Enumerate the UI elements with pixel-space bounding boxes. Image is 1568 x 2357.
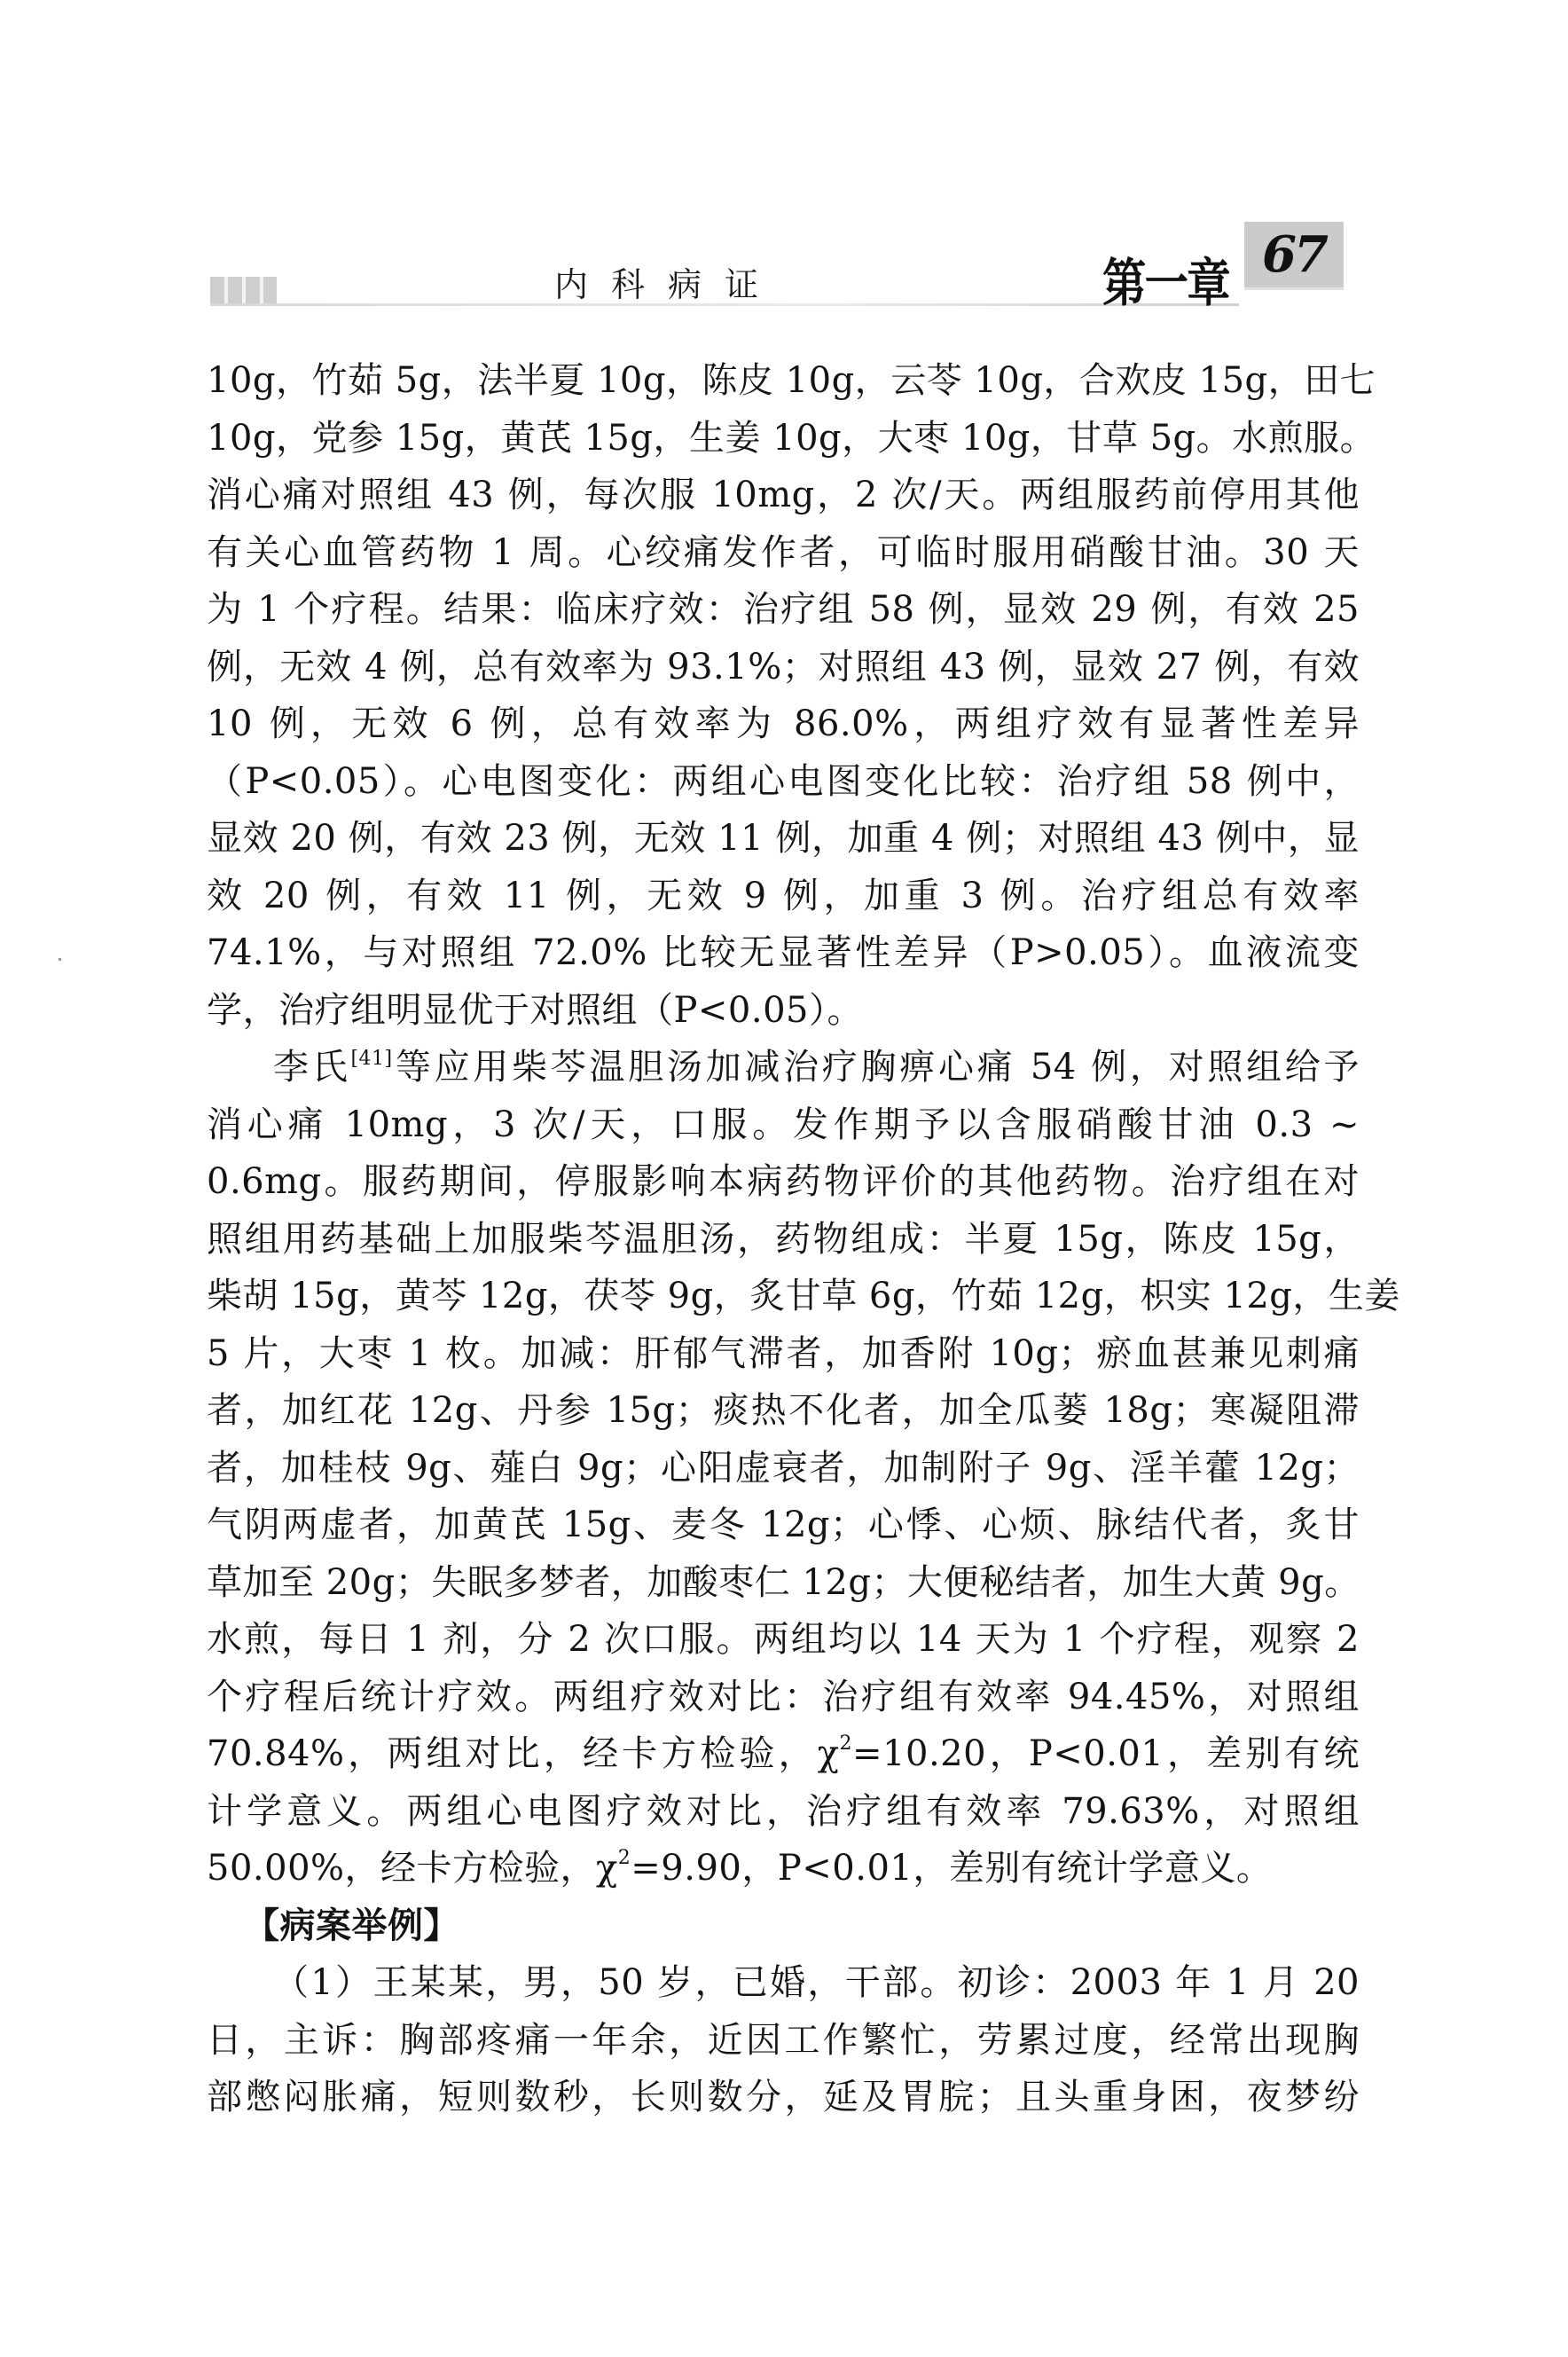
- chi-square-line: 70.84%，两组对比，经卡方检验，χ2=10.20，P<0.01，差别有统: [207, 1725, 1360, 1783]
- chapter-title: 第一章: [1102, 241, 1229, 316]
- text-span: =10.20，P<0.01，差别有统: [852, 1733, 1360, 1774]
- text-line: 气阴两虚者，加黄芪 15g、麦冬 12g；心悸、心烦、脉结代者，炙甘: [207, 1497, 1360, 1554]
- text-line: 10g，党参 15g，黄芪 15g，生姜 10g，大枣 10g，甘草 5g。水煎…: [207, 410, 1360, 467]
- text-line: 日，主诉：胸部疼痛一年余，近因工作繁忙，劳累过度，经常出现胸: [207, 2012, 1360, 2070]
- chi-square-line: 50.00%，经卡方检验，χ2=9.90，P<0.01，差别有统计学意义。: [207, 1840, 1360, 1897]
- text-span: =9.90，P<0.01，差别有统计学意义。: [631, 1848, 1272, 1889]
- text-line: 5 片，大枣 1 枚。加减：肝郁气滞者，加香附 10g；瘀血甚兼见刺痛: [207, 1325, 1360, 1383]
- running-header: 内科病证 第一章 67: [200, 222, 1388, 310]
- text-line: 为 1 个疗程。结果：临床疗效：治疗组 58 例，显效 29 例，有效 25: [207, 581, 1360, 639]
- text-line: 显效 20 例，有效 23 例，无效 11 例，加重 4 例；对照组 43 例中…: [207, 810, 1360, 868]
- text-line: 例，无效 4 例，总有效率为 93.1%；对照组 43 例，显效 27 例，有效: [207, 639, 1360, 696]
- page-number: 67: [1244, 222, 1344, 287]
- text-line: 消心痛对照组 43 例，每次服 10mg，2 次/天。两组服药前停用其他: [207, 467, 1360, 524]
- text-span: 等应用柴芩温胆汤加减治疗胸痹心痛 54 例，对照组给予: [393, 1047, 1360, 1088]
- text-span: 70.84%，两组对比，经卡方检验，: [207, 1733, 818, 1774]
- header-decoration: [210, 277, 277, 303]
- text-line: 消心痛 10mg，3 次/天，口服。发作期予以含服硝酸甘油 0.3 ~: [207, 1096, 1360, 1154]
- paragraph-first-line: 李氏[41]等应用柴芩温胆汤加减治疗胸痹心痛 54 例，对照组给予: [207, 1039, 1360, 1096]
- section-heading: 【病案举例】: [207, 1897, 1360, 1955]
- text-line: 者，加桂枝 9g、薤白 9g；心阳虚衰者，加制附子 9g、淫羊藿 12g；: [207, 1440, 1360, 1497]
- text-line: （P<0.05）。心电图变化：两组心电图变化比较：治疗组 58 例中，: [207, 753, 1360, 811]
- text-line: 74.1%，与对照组 72.0% 比较无显著性差异（P>0.05）。血液流变: [207, 924, 1360, 982]
- text-span: 50.00%，经卡方检验，: [207, 1848, 596, 1889]
- text-line: 0.6mg。服药期间，停服影响本病药物评价的其他药物。治疗组在对: [207, 1153, 1360, 1211]
- text-line: 水煎，每日 1 剂，分 2 次口服。两组均以 14 天为 1 个疗程，观察 2: [207, 1611, 1360, 1669]
- text-line: 照组用药基础上加服柴芩温胆汤，药物组成：半夏 15g，陈皮 15g，: [207, 1211, 1360, 1269]
- citation-ref: [41]: [350, 1048, 392, 1070]
- text-line: 者，加红花 12g、丹参 15g；痰热不化者，加全瓜蒌 18g；寒凝阻滞: [207, 1382, 1360, 1440]
- author-name: 李氏: [273, 1047, 350, 1088]
- text-line: 有关心血管药物 1 周。心绞痛发作者，可临时服用硝酸甘油。30 天: [207, 524, 1360, 582]
- text-line: 个疗程后统计疗效。两组疗效对比：治疗组有效率 94.45%，对照组: [207, 1669, 1360, 1726]
- text-line: 草加至 20g；失眠多梦者，加酸枣仁 12g；大便秘结者，加生大黄 9g。: [207, 1554, 1360, 1612]
- text-line: 部憋闷胀痛，短则数秒，长则数分，延及胃脘；且头重身困，夜梦纷: [207, 2069, 1360, 2126]
- book-page: 内科病证 第一章 67 10g，竹茹 5g，法半夏 10g，陈皮 10g，云苓 …: [0, 0, 1568, 2357]
- chi-symbol: χ: [818, 1733, 840, 1774]
- scan-artifact: [59, 958, 61, 961]
- text-line: 学，治疗组明显优于对照组（P<0.05）。: [207, 982, 1360, 1040]
- paragraph-first-line: （1）王某某，男，50 岁，已婚，干部。初诊：2003 年 1 月 20: [207, 1954, 1360, 2012]
- body-text: 10g，竹茹 5g，法半夏 10g，陈皮 10g，云苓 10g，合欢皮 15g，…: [207, 352, 1360, 2126]
- section-title: 内科病证: [554, 257, 781, 306]
- superscript: 2: [840, 1732, 853, 1755]
- page-number-box: 67: [1244, 222, 1344, 290]
- text-line: 10g，竹茹 5g，法半夏 10g，陈皮 10g，云苓 10g，合欢皮 15g，…: [207, 352, 1360, 410]
- superscript: 2: [618, 1847, 631, 1869]
- text-line: 柴胡 15g，黄芩 12g，茯苓 9g，炙甘草 6g，竹茹 12g，枳实 12g…: [207, 1268, 1360, 1325]
- text-line: 效 20 例，有效 11 例，无效 9 例，加重 3 例。治疗组总有效率: [207, 868, 1360, 925]
- text-line: 10 例，无效 6 例，总有效率为 86.0%，两组疗效有显著性差异: [207, 695, 1360, 753]
- chi-symbol: χ: [596, 1848, 618, 1889]
- text-line: 计学意义。两组心电图疗效对比，治疗组有效率 79.63%，对照组: [207, 1783, 1360, 1841]
